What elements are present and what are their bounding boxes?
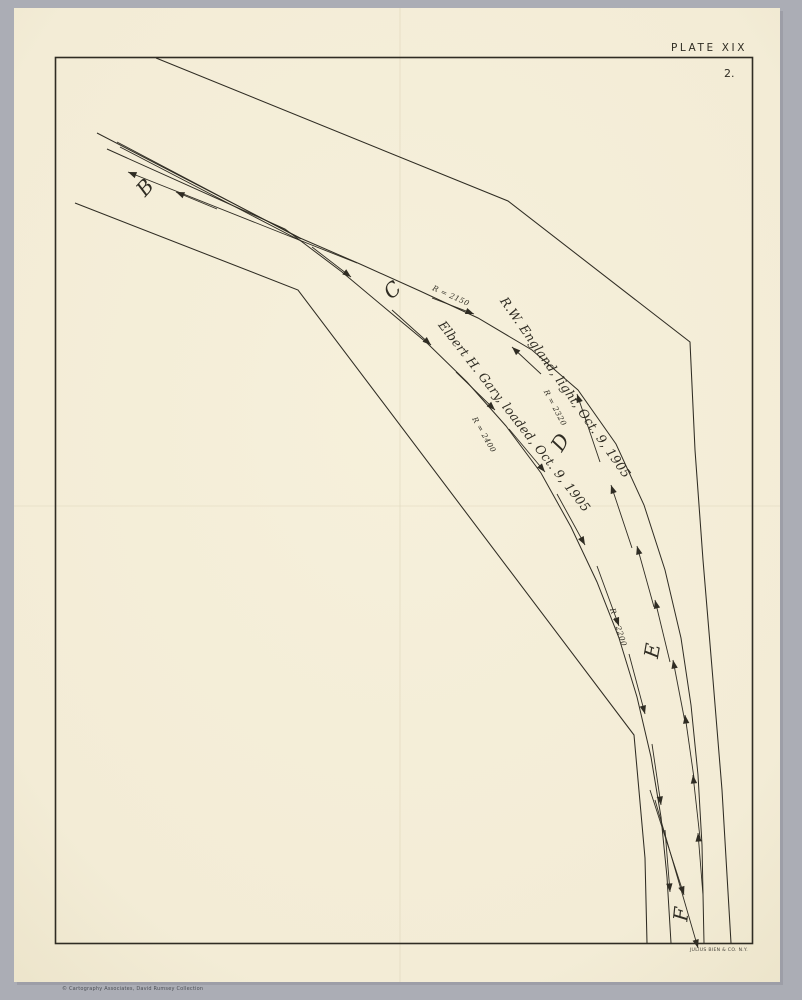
scan-watermark: © Cartography Associates, David Rumsey C… <box>62 985 203 992</box>
plate-drawing: PLATE XIX 2. <box>0 0 802 1000</box>
plate-title: PLATE XIX <box>671 42 747 54</box>
scanned-plate-page: PLATE XIX 2. <box>0 0 802 1000</box>
plate-number: 2. <box>724 67 735 80</box>
printer-credit: JULIUS BIEN & CO. N.Y. <box>689 947 748 953</box>
